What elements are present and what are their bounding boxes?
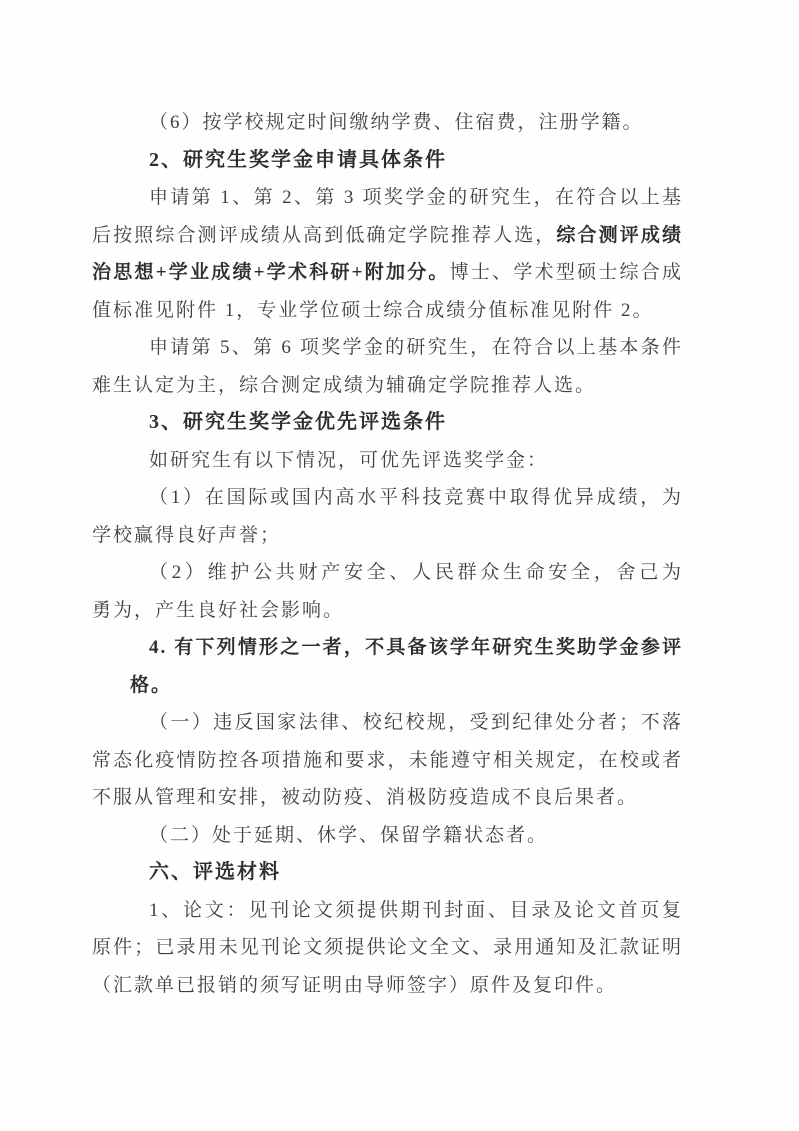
text-segment: 常态化疫情防控各项措施和要求，未能遵守相关规定，在校或者校外 bbox=[92, 750, 683, 780]
bold-text-segment: 4. 有下列情形之一者，不具备该学年研究生奖助学金参评资 bbox=[149, 637, 683, 667]
text-segment: （一）违反国家法律、校纪校规，受到纪律处分者；不落实学校 bbox=[149, 712, 683, 742]
text-segment: 勇为，产生良好社会影响。 bbox=[92, 600, 344, 621]
paragraph-line: 值标准见附件 1，专业学位硕士综合成绩分值标准见附件 2。 bbox=[92, 292, 683, 330]
text-segment: （汇款单已报销的须写证明由导师签字）原件及复印件。 bbox=[92, 975, 617, 996]
text-segment: （1）在国际或国内高水平科技竞赛中取得优异成绩，为国家或 bbox=[149, 487, 683, 517]
document-page: （6）按学校规定时间缴纳学费、住宿费，注册学籍。2、研究生奖学金申请具体条件申请… bbox=[0, 0, 799, 1131]
section-heading: 3、研究生奖学金优先评选条件 bbox=[92, 404, 683, 442]
paragraph-line: 原件；已录用未见刊论文须提供论文全文、录用通知及汇款证明材料 bbox=[92, 929, 683, 967]
paragraph-line: 不服从管理和安排，被动防疫、消极防疫造成不良后果者。 bbox=[92, 779, 683, 817]
text-segment: （6）按学校规定时间缴纳学费、住宿费，注册学籍。 bbox=[149, 112, 644, 133]
paragraph-line: （2）维护公共财产安全、人民群众生命安全，舍己为人，见义 bbox=[92, 554, 683, 592]
paragraph-line: （二）处于延期、休学、保留学籍状态者。 bbox=[92, 817, 683, 855]
paragraph-line: 常态化疫情防控各项措施和要求，未能遵守相关规定，在校或者校外 bbox=[92, 742, 683, 780]
text-segment: 如研究生有以下情况，可优先评选奖学金： bbox=[149, 450, 548, 471]
text-segment: （二）处于延期、休学、保留学籍状态者。 bbox=[149, 825, 548, 846]
paragraph-line: 勇为，产生良好社会影响。 bbox=[92, 592, 683, 630]
paragraph-line: （6）按学校规定时间缴纳学费、住宿费，注册学籍。 bbox=[92, 104, 683, 142]
text-segment: 学校赢得良好声誉； bbox=[92, 525, 281, 546]
paragraph-line: 申请第 5、第 6 项奖学金的研究生，在符合以上基本条件后以困 bbox=[92, 329, 683, 367]
text-segment: 不服从管理和安排，被动防疫、消极防疫造成不良后果者。 bbox=[92, 787, 638, 808]
bold-text-segment: 格。 bbox=[130, 675, 172, 696]
bold-text-segment: 3、研究生奖学金优先评选条件 bbox=[149, 411, 447, 433]
paragraph-line: 如研究生有以下情况，可优先评选奖学金： bbox=[92, 442, 683, 480]
paragraph-line: （一）违反国家法律、校纪校规，受到纪律处分者；不落实学校 bbox=[92, 704, 683, 742]
paragraph-line: 治思想+学业成绩+学术科研+附加分。博士、学术型硕士综合成绩分 bbox=[92, 254, 683, 292]
text-segment: 后按照综合测评成绩从高到低确定学院推荐人选， bbox=[92, 225, 556, 246]
paragraph-line: （1）在国际或国内高水平科技竞赛中取得优异成绩，为国家或 bbox=[92, 479, 683, 517]
paragraph-line: 难生认定为主，综合测定成绩为辅确定学院推荐人选。 bbox=[92, 367, 683, 405]
paragraph-line: （汇款单已报销的须写证明由导师签字）原件及复印件。 bbox=[92, 967, 683, 1005]
paragraph-line: 1、论文：见刊论文须提供期刊封面、目录及论文首页复印件及 bbox=[92, 892, 683, 930]
document-body: （6）按学校规定时间缴纳学费、住宿费，注册学籍。2、研究生奖学金申请具体条件申请… bbox=[92, 104, 683, 1004]
text-segment: 申请第 5、第 6 项奖学金的研究生，在符合以上基本条件后以困 bbox=[149, 337, 683, 367]
section-heading: 2、研究生奖学金申请具体条件 bbox=[92, 142, 683, 180]
bold-text-segment: 治思想+学业成绩+学术科研+附加分。 bbox=[92, 262, 450, 283]
paragraph-line: 学校赢得良好声誉； bbox=[92, 517, 683, 555]
bold-text-segment: 六、评选材料 bbox=[149, 861, 281, 883]
text-segment: 值标准见附件 1，专业学位硕士综合成绩分值标准见附件 2。 bbox=[92, 300, 654, 321]
text-segment: 难生认定为主，综合测定成绩为辅确定学院推荐人选。 bbox=[92, 375, 596, 396]
text-segment: （2）维护公共财产安全、人民群众生命安全，舍己为人，见义 bbox=[149, 562, 683, 592]
paragraph-line: 后按照综合测评成绩从高到低确定学院推荐人选，综合测评成绩=政 bbox=[92, 217, 683, 255]
text-segment: 1、论文：见刊论文须提供期刊封面、目录及论文首页复印件及 bbox=[149, 900, 683, 930]
section-heading: 六、评选材料 bbox=[92, 854, 683, 892]
paragraph-line: 格。 bbox=[92, 667, 683, 705]
text-segment: 原件；已录用未见刊论文须提供论文全文、录用通知及汇款证明材料 bbox=[92, 937, 683, 967]
bold-text-segment: 2、研究生奖学金申请具体条件 bbox=[149, 149, 447, 171]
paragraph-line: 申请第 1、第 2、第 3 项奖学金的研究生，在符合以上基本条件 bbox=[92, 179, 683, 217]
text-segment: 申请第 1、第 2、第 3 项奖学金的研究生，在符合以上基本条件 bbox=[149, 187, 683, 217]
paragraph-line: 4. 有下列情形之一者，不具备该学年研究生奖助学金参评资 bbox=[92, 629, 683, 667]
